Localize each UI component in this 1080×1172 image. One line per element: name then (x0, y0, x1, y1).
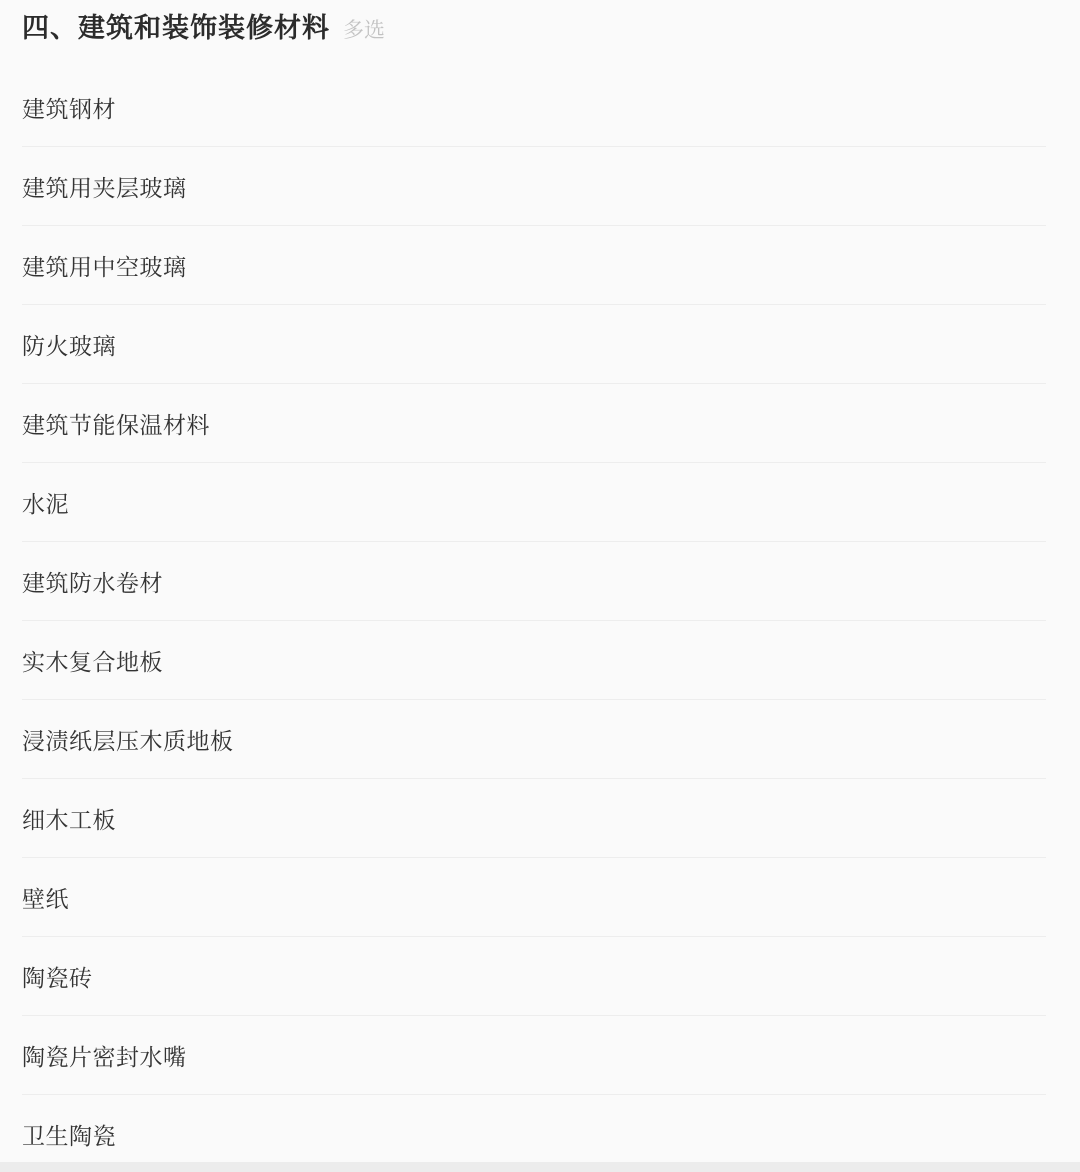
option-label: 细木工板 (22, 802, 116, 835)
option-item[interactable]: 陶瓷砖 (22, 937, 1046, 1016)
option-list: 建筑钢材 建筑用夹层玻璃 建筑用中空玻璃 防火玻璃 建筑节能保温材料 水泥 建筑… (22, 68, 1046, 1172)
bottom-bar (0, 1162, 1080, 1172)
option-label: 建筑防水卷材 (22, 565, 163, 598)
option-label: 水泥 (22, 486, 69, 519)
multi-select-badge: 多选 (343, 19, 385, 43)
option-label: 陶瓷片密封水嘴 (22, 1039, 187, 1072)
option-item[interactable]: 卫生陶瓷 (22, 1095, 1046, 1172)
option-item[interactable]: 细木工板 (22, 779, 1046, 858)
option-label: 实木复合地板 (22, 644, 163, 677)
option-item[interactable]: 建筑钢材 (22, 68, 1046, 147)
option-item[interactable]: 防火玻璃 (22, 305, 1046, 384)
option-label: 浸渍纸层压木质地板 (22, 723, 234, 756)
option-label: 防火玻璃 (22, 328, 116, 361)
option-item[interactable]: 浸渍纸层压木质地板 (22, 700, 1046, 779)
section-header: 四、建筑和装饰装修材料 多选 (0, 0, 1080, 44)
option-item[interactable]: 水泥 (22, 463, 1046, 542)
survey-section-page: 四、建筑和装饰装修材料 多选 建筑钢材 建筑用夹层玻璃 建筑用中空玻璃 防火玻璃… (0, 0, 1080, 1172)
option-item[interactable]: 陶瓷片密封水嘴 (22, 1016, 1046, 1095)
option-label: 建筑用中空玻璃 (22, 249, 187, 282)
option-item[interactable]: 建筑防水卷材 (22, 542, 1046, 621)
option-item[interactable]: 建筑节能保温材料 (22, 384, 1046, 463)
option-label: 卫生陶瓷 (22, 1118, 116, 1151)
option-label: 建筑节能保温材料 (22, 407, 210, 440)
section-title: 四、建筑和装饰装修材料 (22, 13, 330, 44)
option-item[interactable]: 建筑用中空玻璃 (22, 226, 1046, 305)
option-item[interactable]: 壁纸 (22, 858, 1046, 937)
option-label: 壁纸 (22, 881, 69, 914)
option-label: 陶瓷砖 (22, 960, 93, 993)
option-item[interactable]: 实木复合地板 (22, 621, 1046, 700)
option-label: 建筑钢材 (22, 91, 116, 124)
option-label: 建筑用夹层玻璃 (22, 170, 187, 203)
option-item[interactable]: 建筑用夹层玻璃 (22, 147, 1046, 226)
